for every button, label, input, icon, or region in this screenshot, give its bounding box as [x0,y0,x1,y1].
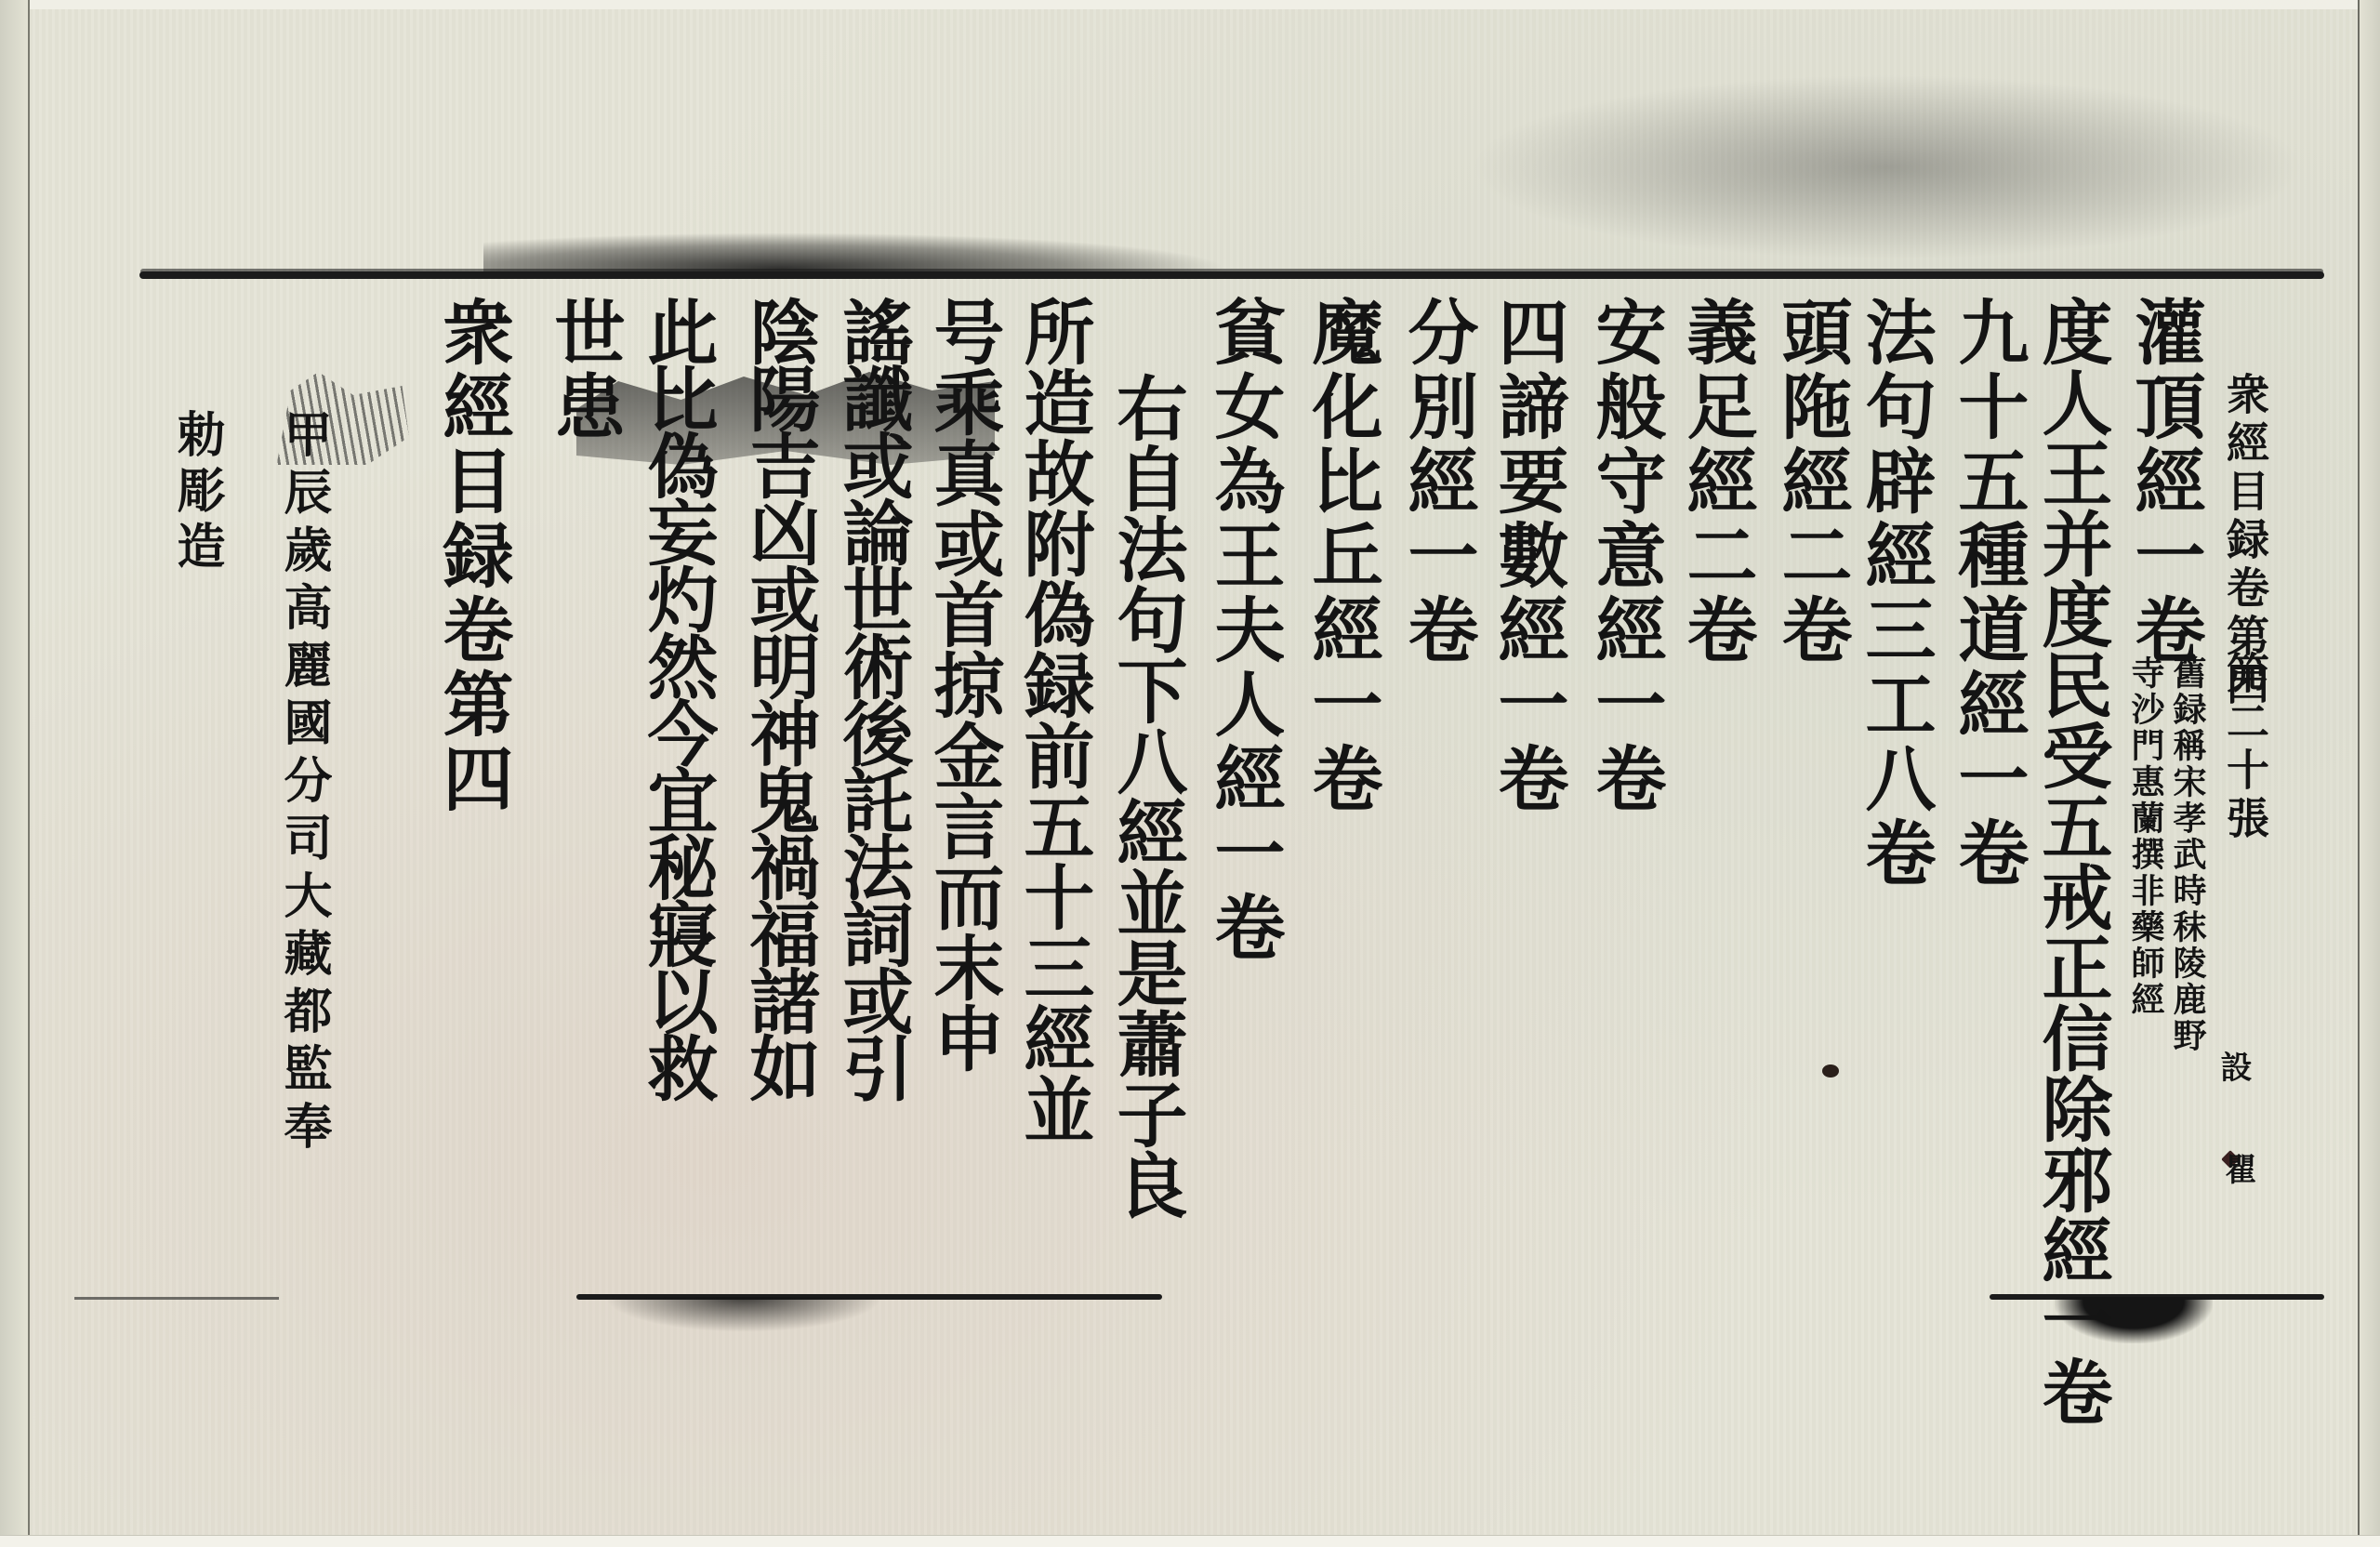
text-column: 分別經一卷 [1402,296,1473,668]
page-edge-top [0,0,2380,9]
text-column: 右自法句下八經並是蕭子良 [1111,372,1182,1220]
print-frame-top-line [139,271,2324,279]
text-column: 法句辟經三工八卷 [1859,296,1930,891]
colophon: 勅彫造 [172,409,220,576]
text-column: 貧女為王夫人經一卷 [1209,296,1279,965]
ink-smudge-top [483,232,1227,277]
text-column: 九十五種道經一卷 [1952,296,2023,891]
carver-mark: 瞿 [2222,1153,2254,1188]
carver-mark: 設 [2217,1051,2249,1086]
text-column: 此比偽妄灼然今宜秘寢以救 [641,296,712,1099]
colophon: 甲辰歲高麗國分司大藏都監奉 [279,409,327,1158]
text-column: 号乘真或首掠金言而末申 [928,296,998,1073]
sheet-number: 第二十張 [2224,651,2267,844]
end-title: 衆經目録卷第四 [437,296,508,816]
annotation-column: 寺沙門惠蘭撰非藥師經 [2129,655,2162,1018]
print-frame-bottom-line-faint [74,1297,279,1300]
text-column: 度人王并度民受五戒正信除邪經一卷 [2036,296,2107,1426]
text-column: 所造故附偽録前五十三經並 [1018,296,1089,1144]
scanned-page: 衆經目録卷第四 第二十張 設 瞿 灌頂經一卷 舊録稱宋孝武時秣陵鹿野 寺沙門惠蘭… [0,0,2380,1547]
page-edge-right [2358,0,2380,1547]
page-edge-bottom [0,1535,2380,1547]
text-column: 魔化比丘經一卷 [1306,296,1377,816]
text-column: 義足經二卷 [1681,296,1752,668]
text-column: 四諦要數經一卷 [1492,296,1563,816]
text-column: 安般守意經一卷 [1590,296,1660,816]
ghost-ink-top-right [1469,74,2306,260]
ink-smudge-bottom-left [604,1297,883,1332]
ink-spot [1822,1064,1839,1078]
annotation-column: 舊録稱宋孝武時秣陵鹿野 [2171,655,2204,1054]
text-column: 頭陁經二卷 [1776,296,1846,668]
text-column: 陰陽吉凶或明神鬼禍福諸如 [744,296,814,1099]
text-column: 灌頂經一卷 [2129,296,2200,668]
page-edge-left [0,0,30,1547]
text-column: 謠讖或論世術後託法詞或引 [837,296,907,1099]
text-column: 世患 [549,296,619,444]
